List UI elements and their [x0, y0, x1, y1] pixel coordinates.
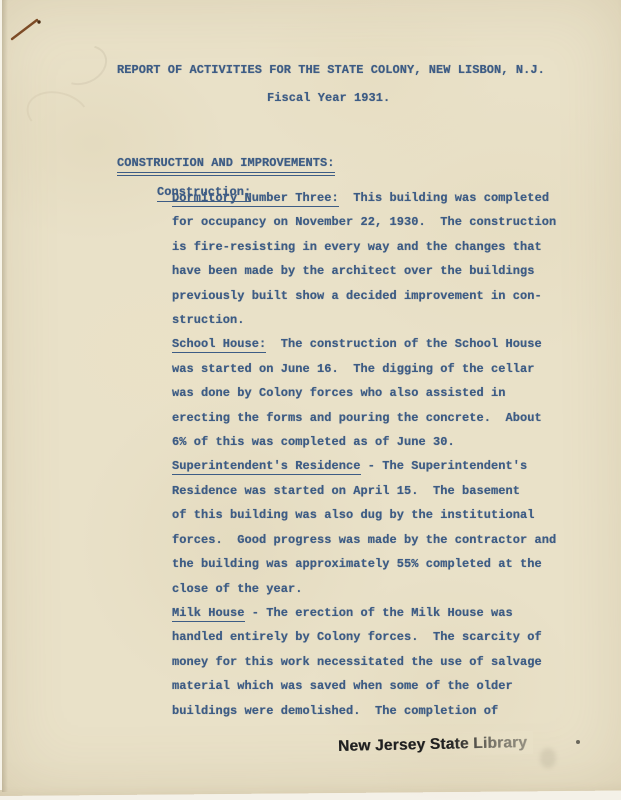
text-line: School House: The construction of the Sc…	[172, 332, 572, 356]
text-line: Residence was started on April 15. The b…	[172, 479, 572, 503]
underlined-term: School House:	[172, 337, 266, 353]
ink-speck	[576, 740, 580, 744]
body-text: Dormitory Number Three: This building wa…	[172, 186, 572, 723]
text-line: the building was approximately 55% compl…	[172, 552, 572, 576]
text-line: handled entirely by Colony forces. The s…	[172, 625, 572, 649]
underlined-term: Milk House	[172, 606, 245, 622]
text-line: was started on June 16. The digging of t…	[172, 357, 572, 381]
underlined-term: Dormitory Number Three:	[172, 191, 339, 207]
document-subtitle: Fiscal Year 1931.	[267, 90, 390, 106]
scan-edge-shadow	[2, 0, 8, 792]
text-line: have been made by the architect over the…	[172, 259, 572, 283]
underlined-term: Superintendent's Residence	[172, 459, 361, 475]
text-line: Milk House - The erection of the Milk Ho…	[172, 601, 572, 625]
text-line: struction.	[172, 308, 572, 332]
text-line: was done by Colony forces who also assis…	[172, 381, 572, 405]
text-line: for occupancy on November 22, 1930. The …	[172, 210, 572, 234]
text-line: erecting the forms and pouring the concr…	[172, 406, 572, 430]
text-line: Dormitory Number Three: This building wa…	[172, 186, 572, 210]
text-line: money for this work necessitated the use…	[172, 650, 572, 674]
text-line: buildings were demolished. The completio…	[172, 699, 572, 723]
text-line: close of the year.	[172, 577, 572, 601]
scanned-document-page: REPORT OF ACTIVITIES FOR THE STATE COLON…	[0, 0, 621, 800]
text-line: forces. Good progress was made by the co…	[172, 528, 572, 552]
text-line: Superintendent's Residence - The Superin…	[172, 454, 572, 478]
document-title: REPORT OF ACTIVITIES FOR THE STATE COLON…	[117, 62, 545, 78]
text-line: is fire-resisting in every way and the c…	[172, 235, 572, 259]
library-stamp-text: New Jersey State Library	[338, 734, 528, 755]
text-line: 6% of this was completed as of June 30.	[172, 430, 572, 454]
text-line: of this building was also dug by the ins…	[172, 503, 572, 527]
pen-check-mark	[8, 14, 52, 48]
text-line: material which was saved when some of th…	[172, 674, 572, 698]
text-line: previously built show a decided improvem…	[172, 284, 572, 308]
paper-smudge	[540, 748, 556, 768]
